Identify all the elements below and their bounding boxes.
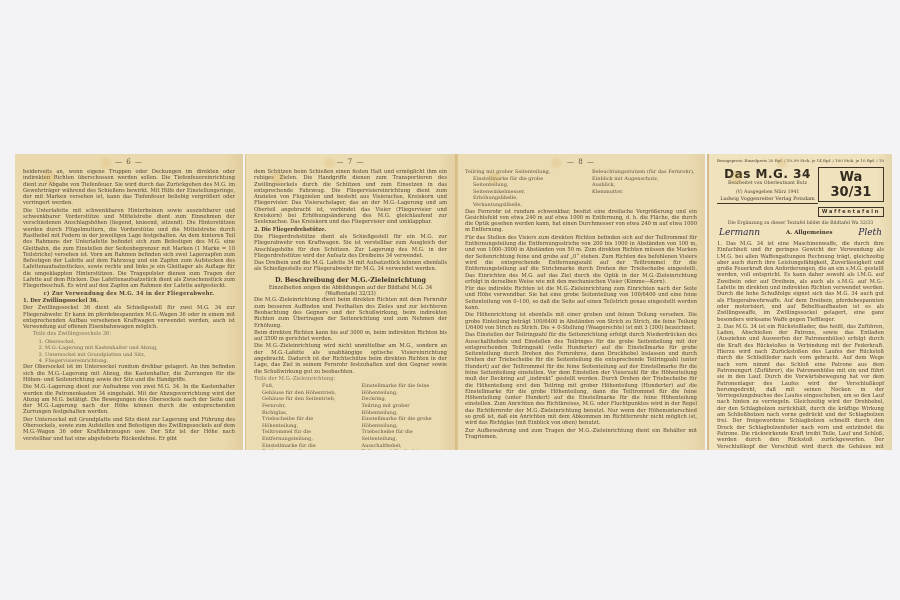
section-heading: A. Allgemeines — [786, 230, 833, 236]
title-right: Wa 30/31 Waffentafeln — [818, 167, 884, 217]
list-item: Ausblick, — [584, 182, 697, 189]
paragraph: 1. Das M.G. 34 ist eine Maschinenwaffe, … — [717, 241, 884, 323]
list-item: Gehäuse für den Seitentrieb, — [254, 396, 348, 403]
paragraph: Die Höhenrichtung ist ebenfalls mit eine… — [465, 312, 697, 331]
paragraph: Beim direkten Richten kann bis auf 3000 … — [254, 330, 447, 343]
unfolded-booklet: — 6 — beiderseits an, wenn eigene Truppe… — [15, 154, 892, 450]
list-item: Ausschalthebel, — [354, 443, 448, 450]
paragraph: 2. Das M.G. 34 ist ein Rückstoßlader, da… — [717, 324, 884, 450]
document-title: Das M.G. 34 — [717, 167, 818, 181]
edition: (V) Ausgegeben März 1941 — [717, 190, 818, 195]
list-item: Fernrohr, — [254, 403, 348, 410]
paragraph: Die Fliegerdrehstütze dient als Schießge… — [254, 234, 447, 259]
list-item: Teiltrommel für die feine Seitenteilung, — [354, 449, 448, 450]
page-6: — 6 — beiderseits an, wenn eigene Truppe… — [15, 154, 243, 450]
list-item: Einstellmarke für die Entfernungsteilung… — [254, 443, 348, 450]
list-item: Einstellmarke für die feine Höhenteilung… — [354, 383, 448, 396]
page-number: — 6 — — [23, 158, 235, 166]
list-item: Teilring mit grober Höhenteilung, — [354, 403, 448, 416]
list-item: Beleuchtungsstutzen (für das Fernrohr), — [584, 169, 697, 176]
signature-left: Lermann — [719, 228, 760, 238]
parts-columns: Fuß, Gehäuse für den Höhentrieb, Gehäuse… — [254, 383, 447, 450]
paragraph: Der Obersockel ist im Untersockel rundum… — [23, 364, 235, 383]
list-item: Gehäuse für den Höhentrieb, — [254, 390, 348, 397]
parts-heading: Teile der M.G.-Zieleinrichtung: — [254, 376, 447, 382]
item-heading: 2. Die Fliegerdrehstütze. — [254, 227, 447, 233]
page-7: — 7 — dem Schützen beim Schießen einen f… — [245, 154, 455, 450]
paragraph: Der Zwillingssockel 36 dient als Schießg… — [23, 305, 235, 330]
list-item: Verkantungslibelle, — [465, 202, 578, 209]
supplement-note: Die Ergänzung zu dieser Textafel bildet … — [717, 221, 884, 226]
subsection-heading: c) Zur Verwendung des M.G. 34 in der Fli… — [23, 291, 235, 297]
parts-column-right: Einstellmarke für die feine Höhenteilung… — [354, 383, 448, 450]
parts-column-right: Beleuchtungsstutzen (für das Fernrohr), … — [584, 169, 697, 209]
item-heading: 1. Der Zwillingssockel 36. — [23, 298, 235, 304]
list-item: Triebscheibe für die Höhenteilung, — [254, 416, 348, 429]
parts-column-left: Fuß, Gehäuse für den Höhentrieb, Gehäuse… — [254, 383, 348, 450]
list-item: Teiltrommel für die Entfernungsteilung, — [254, 429, 348, 442]
publisher: Ludwig Voggenreiter Verlag Potsdam — [717, 196, 818, 204]
paragraph: beiderseits an, wenn eigene Truppen oder… — [23, 169, 235, 207]
paragraph: Die M.G.-Zieleinrichtung wird nicht unmi… — [254, 343, 447, 374]
list-item: Einblick mit Augenschutz, — [584, 176, 697, 183]
paragraph: Das Dreibein und die M.G. Lafette 34 mit… — [254, 260, 447, 273]
list-item: Klemmutter. — [584, 189, 697, 196]
parts-columns: Teilring mit grober Seitenteilung, Einst… — [465, 169, 697, 209]
paragraph: Zur Aufbewahrung und zum Tragen der M.G.… — [465, 428, 697, 441]
document-code: Wa 30/31 — [818, 167, 884, 202]
paragraph: Für das indirekte Richten ist die M.G.-Z… — [465, 286, 697, 311]
paragraph: dem Schützen beim Schießen einen festen … — [254, 169, 447, 226]
paragraph: Das Einstellen der Teilringzahl für die … — [465, 332, 697, 426]
section-heading: D. Beschreibung der M.G.-Zieleinrichtung — [254, 276, 447, 284]
list-item: Richtglas, — [254, 410, 348, 417]
paragraph: Die M.G.-Lagerung dient zur Aufnahme von… — [23, 384, 235, 415]
parts-column-left: Teilring mit grober Seitenteilung, Einst… — [465, 169, 578, 209]
list-item: Teilring mit grober Seitenteilung, — [465, 169, 578, 176]
signature-row: Lermann A. Allgemeines Pleth — [719, 228, 882, 238]
paragraph: Das Fernrohr ist rundum schwenkbar, besi… — [465, 209, 697, 234]
list-item: Einstellmarke für die grobe Seitenteilun… — [465, 176, 578, 189]
title-left: Das M.G. 34 Bearbeitet von Oberleutnant … — [717, 167, 818, 204]
paragraph: Der Untersockel mit Grundplatte und Sitz… — [23, 417, 235, 442]
price-line: Bezugspreis: Einzelpreis 20 Rpf. / 10–99… — [717, 158, 884, 163]
parts-list: Obersockel, M.G.-Lagerung mit Kastenhalt… — [23, 339, 235, 365]
list-item: Fuß, — [254, 383, 348, 390]
list-item: Erhöhungslibelle, — [465, 195, 578, 202]
list-item: Einstellmarke für die grobe Höhenteilung… — [354, 416, 448, 429]
cover-page: Bezugspreis: Einzelpreis 20 Rpf. / 10–99… — [707, 154, 892, 450]
list-item: Triebscheibe für die Seitenteilung, — [354, 429, 448, 442]
paragraph: Die Unterlafette mit schwenkbaren Hinter… — [23, 208, 235, 290]
page-number: — 7 — — [254, 158, 447, 166]
list-item: Deckring, — [354, 396, 448, 403]
page-number: — 8 — — [465, 158, 697, 166]
page-8: — 8 — Teilring mit grober Seitenteilung,… — [455, 154, 705, 450]
author: Bearbeitet von Oberleutnant Butz — [717, 181, 818, 186]
series-label: Waffentafeln — [818, 207, 884, 217]
signature-right: Pleth — [858, 228, 882, 238]
fold-crease — [455, 154, 459, 450]
paragraph: Für das Stellen des Visiers zum direkten… — [465, 235, 697, 285]
paragraph: Die M.G.-Zieleinrichtung dient beim dire… — [254, 297, 447, 328]
parts-heading: Teile des Zwillingssockels 36: — [23, 331, 235, 337]
title-block: Das M.G. 34 Bearbeitet von Oberleutnant … — [717, 167, 884, 217]
list-item: Seitenwinkelmesser, — [465, 189, 578, 196]
